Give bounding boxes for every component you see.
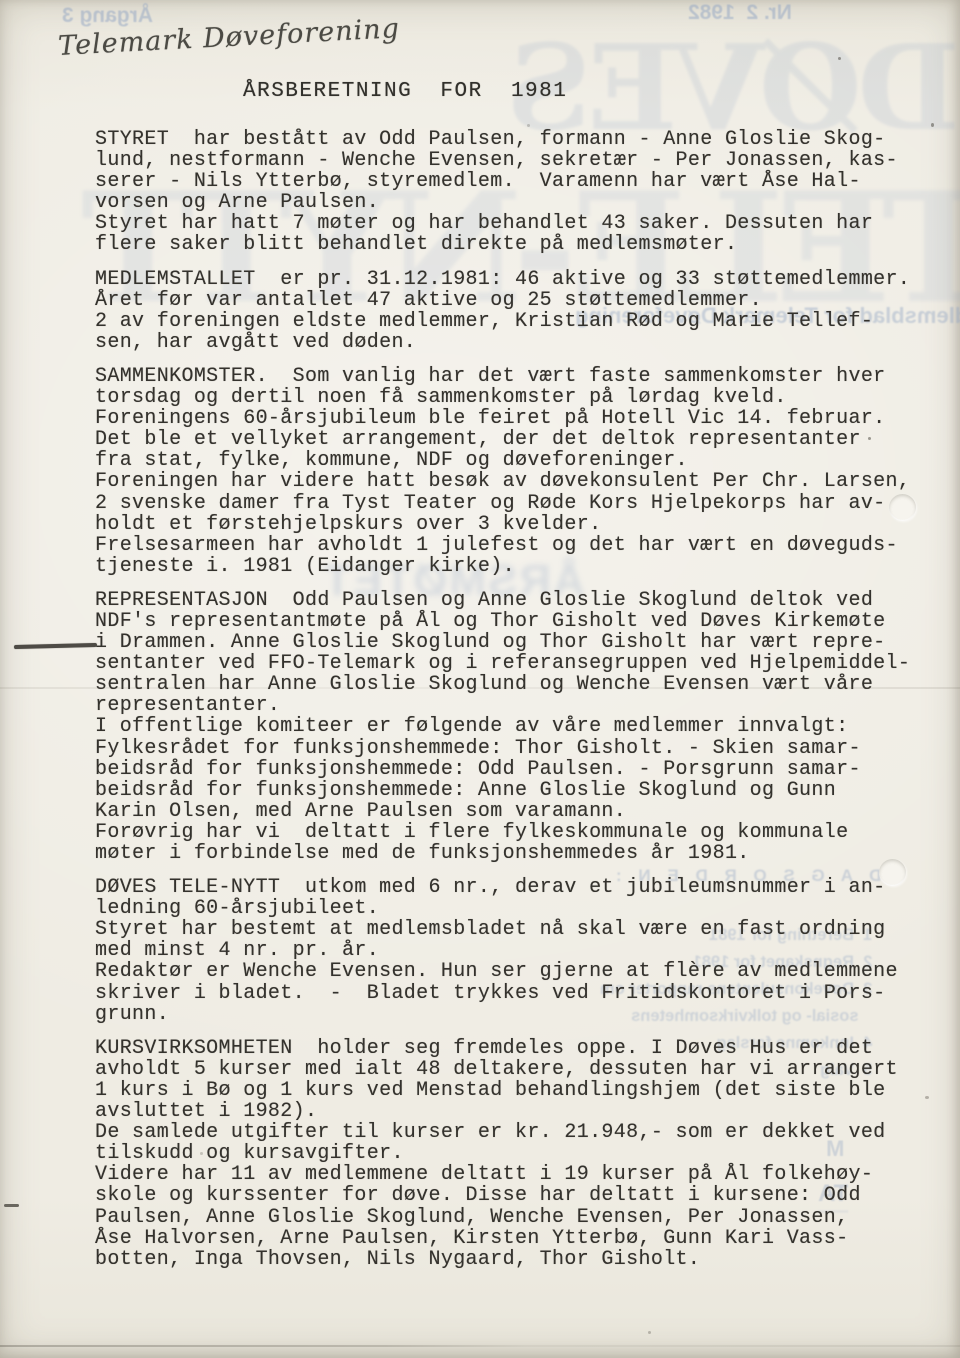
paper-speck (925, 1096, 929, 1099)
scanned-document-page: Årgang 3 Nr. 2 1982 DØVES TELE-NYTT Medl… (0, 0, 960, 1358)
fold-crease-bottom (0, 1345, 960, 1347)
fold-crease-middle (0, 687, 960, 689)
section-styret: STYRET har bestått av Odd Paulsen, forma… (95, 129, 920, 256)
section-representasjon: REPRESENTASJON Odd Paulsen og Anne Glosl… (95, 590, 920, 864)
report-title: ÅRSBERETNING FOR 1981 (243, 80, 567, 103)
paper-speck (931, 123, 934, 127)
bleedthrough-volume-text: Årgang 3 (62, 4, 153, 28)
hole-punch-upper (889, 494, 916, 521)
section-kursvirksomheten: KURSVIRKSOMHETEN holder seg fremdeles op… (95, 1038, 920, 1270)
paper-speck (527, 124, 530, 127)
pen-mark-left-margin (14, 643, 97, 649)
hole-punch-lower (879, 859, 906, 886)
paper-speck (200, 1152, 203, 1155)
section-medlemstallet: MEDLEMSTALLET er pr. 31.12.1981: 46 akti… (95, 269, 920, 353)
section-sammenkomster: SAMMENKOMSTER. Som vanlig har det vært f… (95, 366, 920, 577)
paper-speck (868, 437, 871, 440)
pen-mark-bottom-left (4, 1204, 19, 1207)
report-body: STYRET har bestått av Odd Paulsen, forma… (95, 129, 920, 1283)
section-doves-tele-nytt: DØVES TELE-NYTT utkom med 6 nr., derav e… (95, 877, 920, 1025)
paper-speck (838, 57, 841, 60)
bleedthrough-issue-text: Nr. 2 1982 (688, 1, 792, 25)
paper-speck (648, 1331, 651, 1334)
letterhead-handwritten-script: Telemark Døveforening (57, 13, 400, 62)
